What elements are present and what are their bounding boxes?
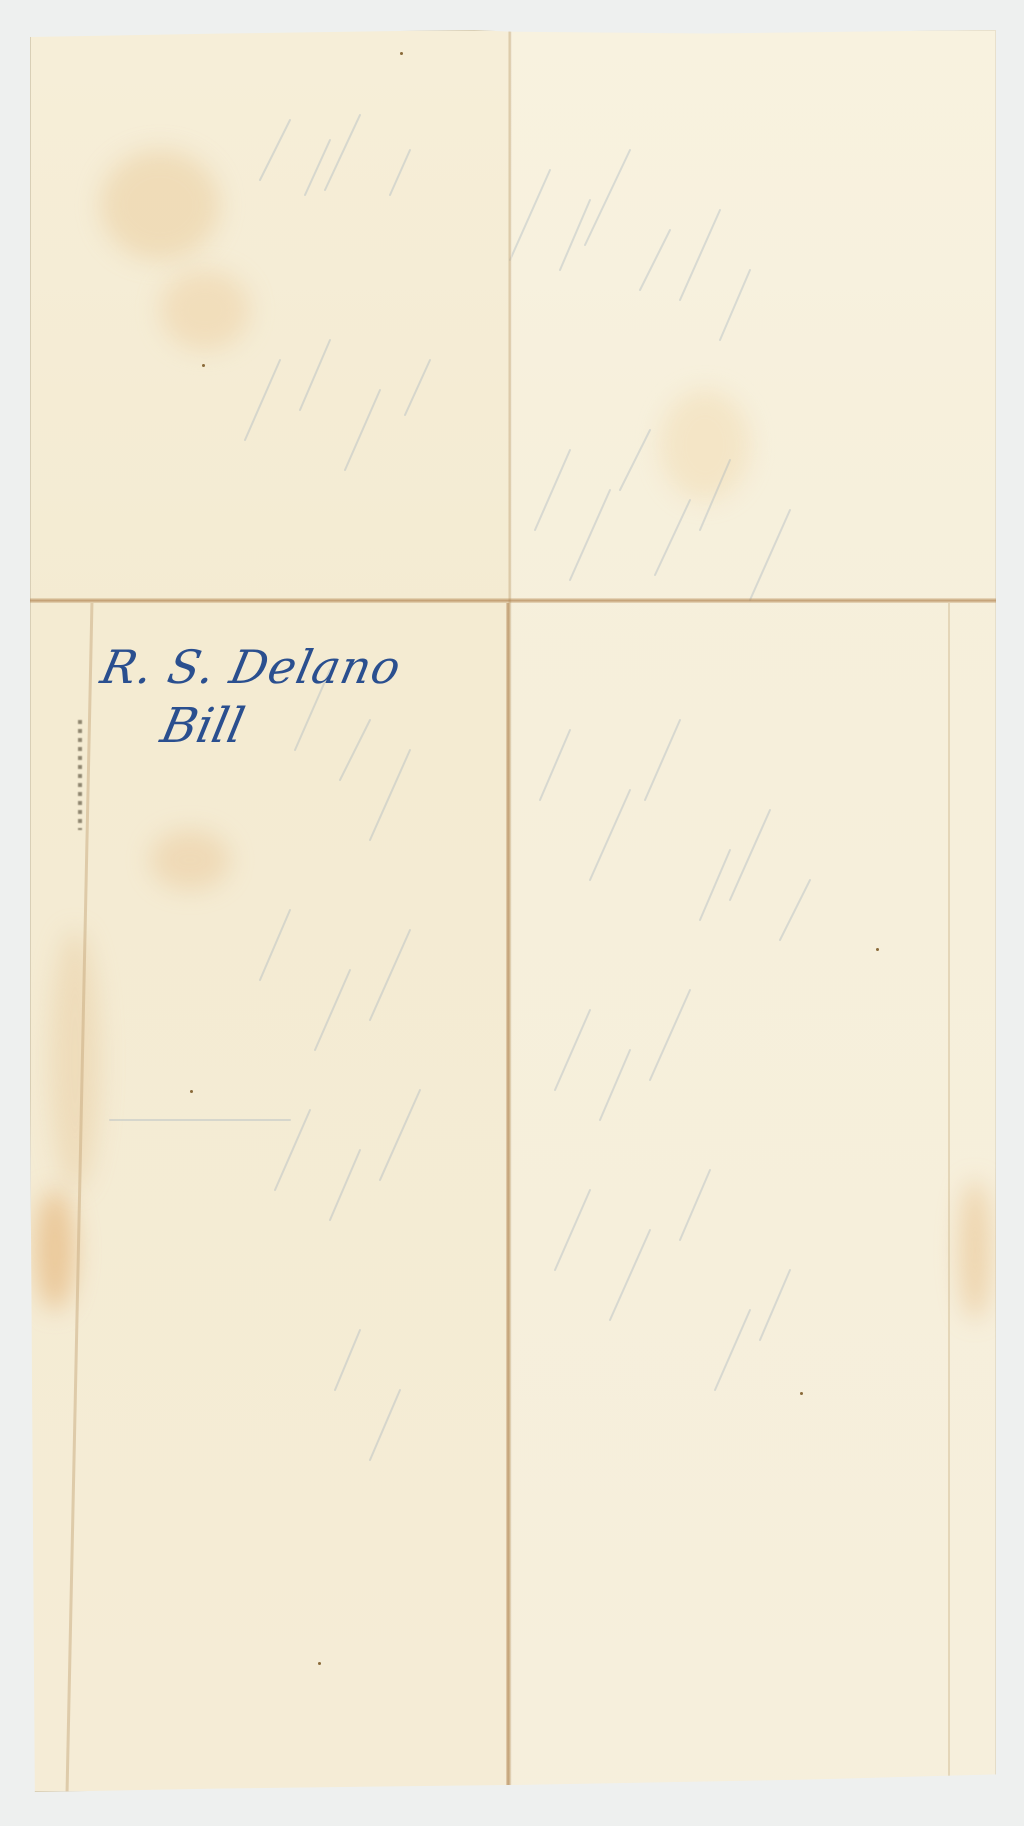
foxing-stain — [150, 830, 230, 890]
ink-speck — [400, 52, 403, 55]
foxing-stain — [100, 150, 220, 260]
horizontal-fold — [30, 598, 996, 603]
ink-speck — [876, 948, 879, 951]
ink-speck — [318, 1662, 321, 1665]
right-panel — [512, 30, 996, 1792]
foxing-stain — [50, 930, 100, 1190]
foxing-stain — [960, 1180, 990, 1320]
ink-speck — [800, 1392, 803, 1395]
document-sheet: R. S. Delano Bill — [30, 30, 996, 1792]
ink-speck — [202, 364, 205, 367]
right-fold — [948, 603, 950, 1792]
handwritten-docket: R. S. Delano Bill — [102, 640, 401, 754]
foxing-stain — [35, 1190, 75, 1310]
vertical-fold-lower — [506, 603, 510, 1792]
docket-label: Bill — [156, 698, 406, 754]
docket-name: R. S. Delano — [96, 640, 406, 694]
ink-speck — [190, 1090, 193, 1093]
foxing-stain — [660, 390, 750, 500]
edge-soiling — [78, 720, 82, 830]
foxing-stain — [160, 270, 250, 350]
